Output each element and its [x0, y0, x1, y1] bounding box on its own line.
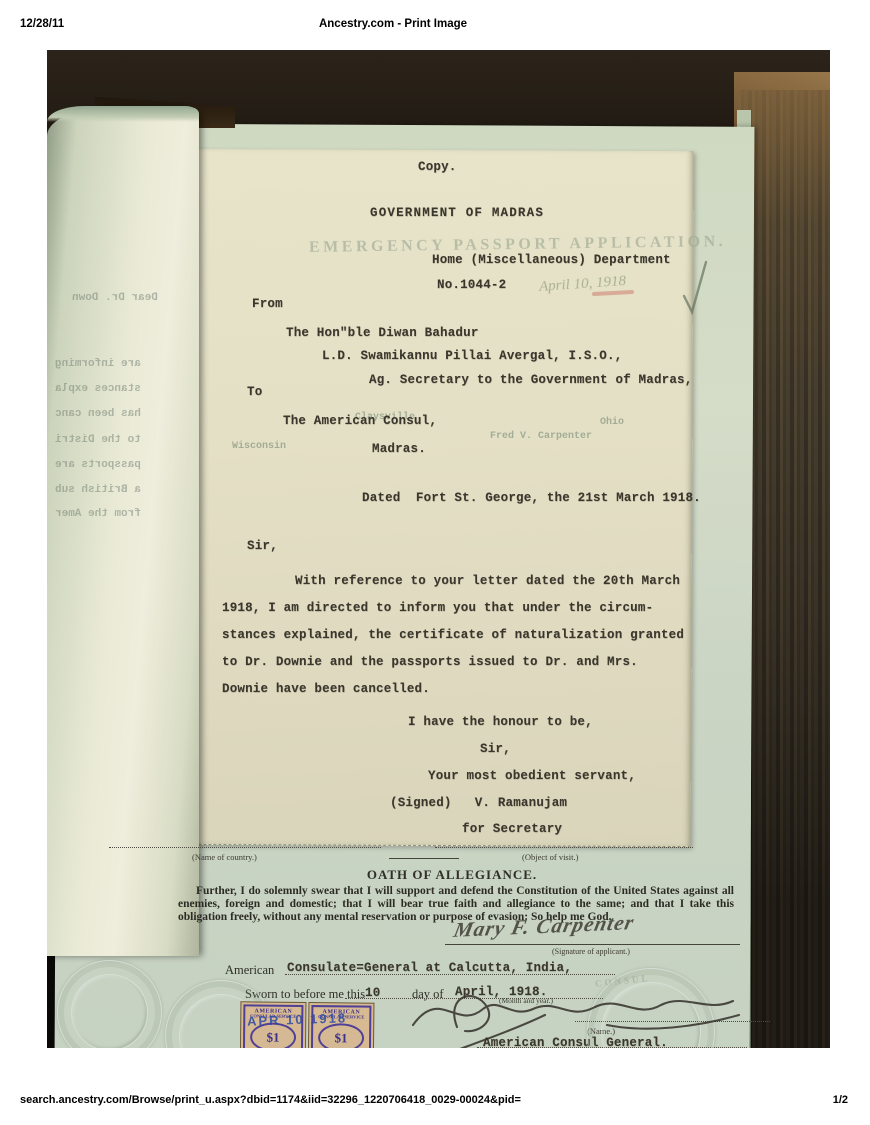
- letter-to-name: The American Consul,: [283, 414, 437, 428]
- bleedthrough-line: passports are: [55, 459, 141, 471]
- letter-reference-no: No.1044-2: [437, 278, 506, 292]
- signature-of-applicant-label: (Signature of applicant.): [552, 947, 630, 956]
- letter-from-label: From: [252, 297, 283, 311]
- bleedthrough-line: Dear Dr. Down: [72, 292, 158, 304]
- print-header-title: Ancestry.com - Print Image: [0, 18, 786, 30]
- signature-line: [445, 944, 740, 945]
- letter-copy-label: Copy.: [418, 160, 457, 174]
- object-of-visit-label: (Object of visit.): [522, 852, 578, 862]
- letter-government: GOVERNMENT OF MADRAS: [370, 206, 544, 220]
- consulate-printed: American: [225, 963, 274, 978]
- letter-signed-line: (Signed) V. Ramanujam: [390, 796, 567, 810]
- bleedthrough-line: from the Amer: [55, 508, 141, 520]
- letter-to-place: Madras.: [372, 442, 426, 456]
- country-dotted-line: [109, 847, 381, 848]
- letter-body-line: With reference to your letter dated the …: [295, 574, 680, 588]
- bleedthrough-line: to the Distri: [55, 434, 141, 446]
- document-photo: Dear Dr. Down are informing stances expl…: [47, 50, 830, 1048]
- consul-signature: [395, 975, 755, 1048]
- name-of-country-label: (Name of country.): [192, 852, 257, 862]
- bleedthrough-line: stances expla: [55, 383, 141, 395]
- short-rule: [389, 858, 459, 859]
- ghost-father-name: Fred V. Carpenter: [490, 431, 592, 442]
- pencil-checkmark: [681, 258, 709, 318]
- rolled-previous-page: [47, 106, 199, 956]
- letter-body-line: to Dr. Downie and the passports issued t…: [222, 655, 638, 669]
- stamp-value: $1: [267, 1029, 280, 1045]
- letter-salutation: Sir,: [247, 539, 278, 553]
- footer-page-indicator: 1/2: [833, 1094, 848, 1106]
- letter-from-name2: L.D. Swamikannu Pillai Avergal, I.S.O.,: [322, 349, 622, 363]
- letter-body-line: 1918, I am directed to inform you that u…: [222, 601, 653, 615]
- print-preview-page: 12/28/11 Ancestry.com - Print Image Dear…: [0, 0, 870, 1125]
- letter-from-name: The Hon"ble Diwan Bahadur: [286, 326, 479, 340]
- stamp-value: $1: [335, 1030, 348, 1046]
- letter-to-label: To: [247, 385, 262, 399]
- bleedthrough-line: has been canc: [55, 408, 141, 420]
- bleedthrough-line: are informing: [55, 358, 141, 370]
- ghost-state: Ohio: [600, 417, 624, 428]
- visit-dotted-line: [435, 847, 693, 848]
- letter-closing3: Your most obedient servant,: [428, 769, 636, 783]
- letter-signed-title: for Secretary: [462, 822, 562, 836]
- bleedthrough-line: a British sub: [55, 484, 141, 496]
- stamp-oval: $1: [318, 1023, 364, 1048]
- ghost-born-in: Wisconsin: [232, 441, 286, 452]
- letter-body-line: stances explained, the certificate of na…: [222, 628, 684, 642]
- letter-closing1: I have the honour to be,: [408, 715, 593, 729]
- footer-url: search.ancestry.com/Browse/print_u.aspx?…: [20, 1094, 521, 1106]
- oath-title: OATH OF ALLEGIANCE.: [347, 867, 557, 883]
- letter-department: Home (Miscellaneous) Department: [432, 253, 671, 267]
- letter-from-title: Ag. Secretary to the Government of Madra…: [369, 373, 692, 387]
- letter-body-line: Downie have been cancelled.: [222, 682, 430, 696]
- letter-closing2: Sir,: [480, 742, 511, 756]
- letter-dated-line: Dated Fort St. George, the 21st March 19…: [362, 491, 701, 505]
